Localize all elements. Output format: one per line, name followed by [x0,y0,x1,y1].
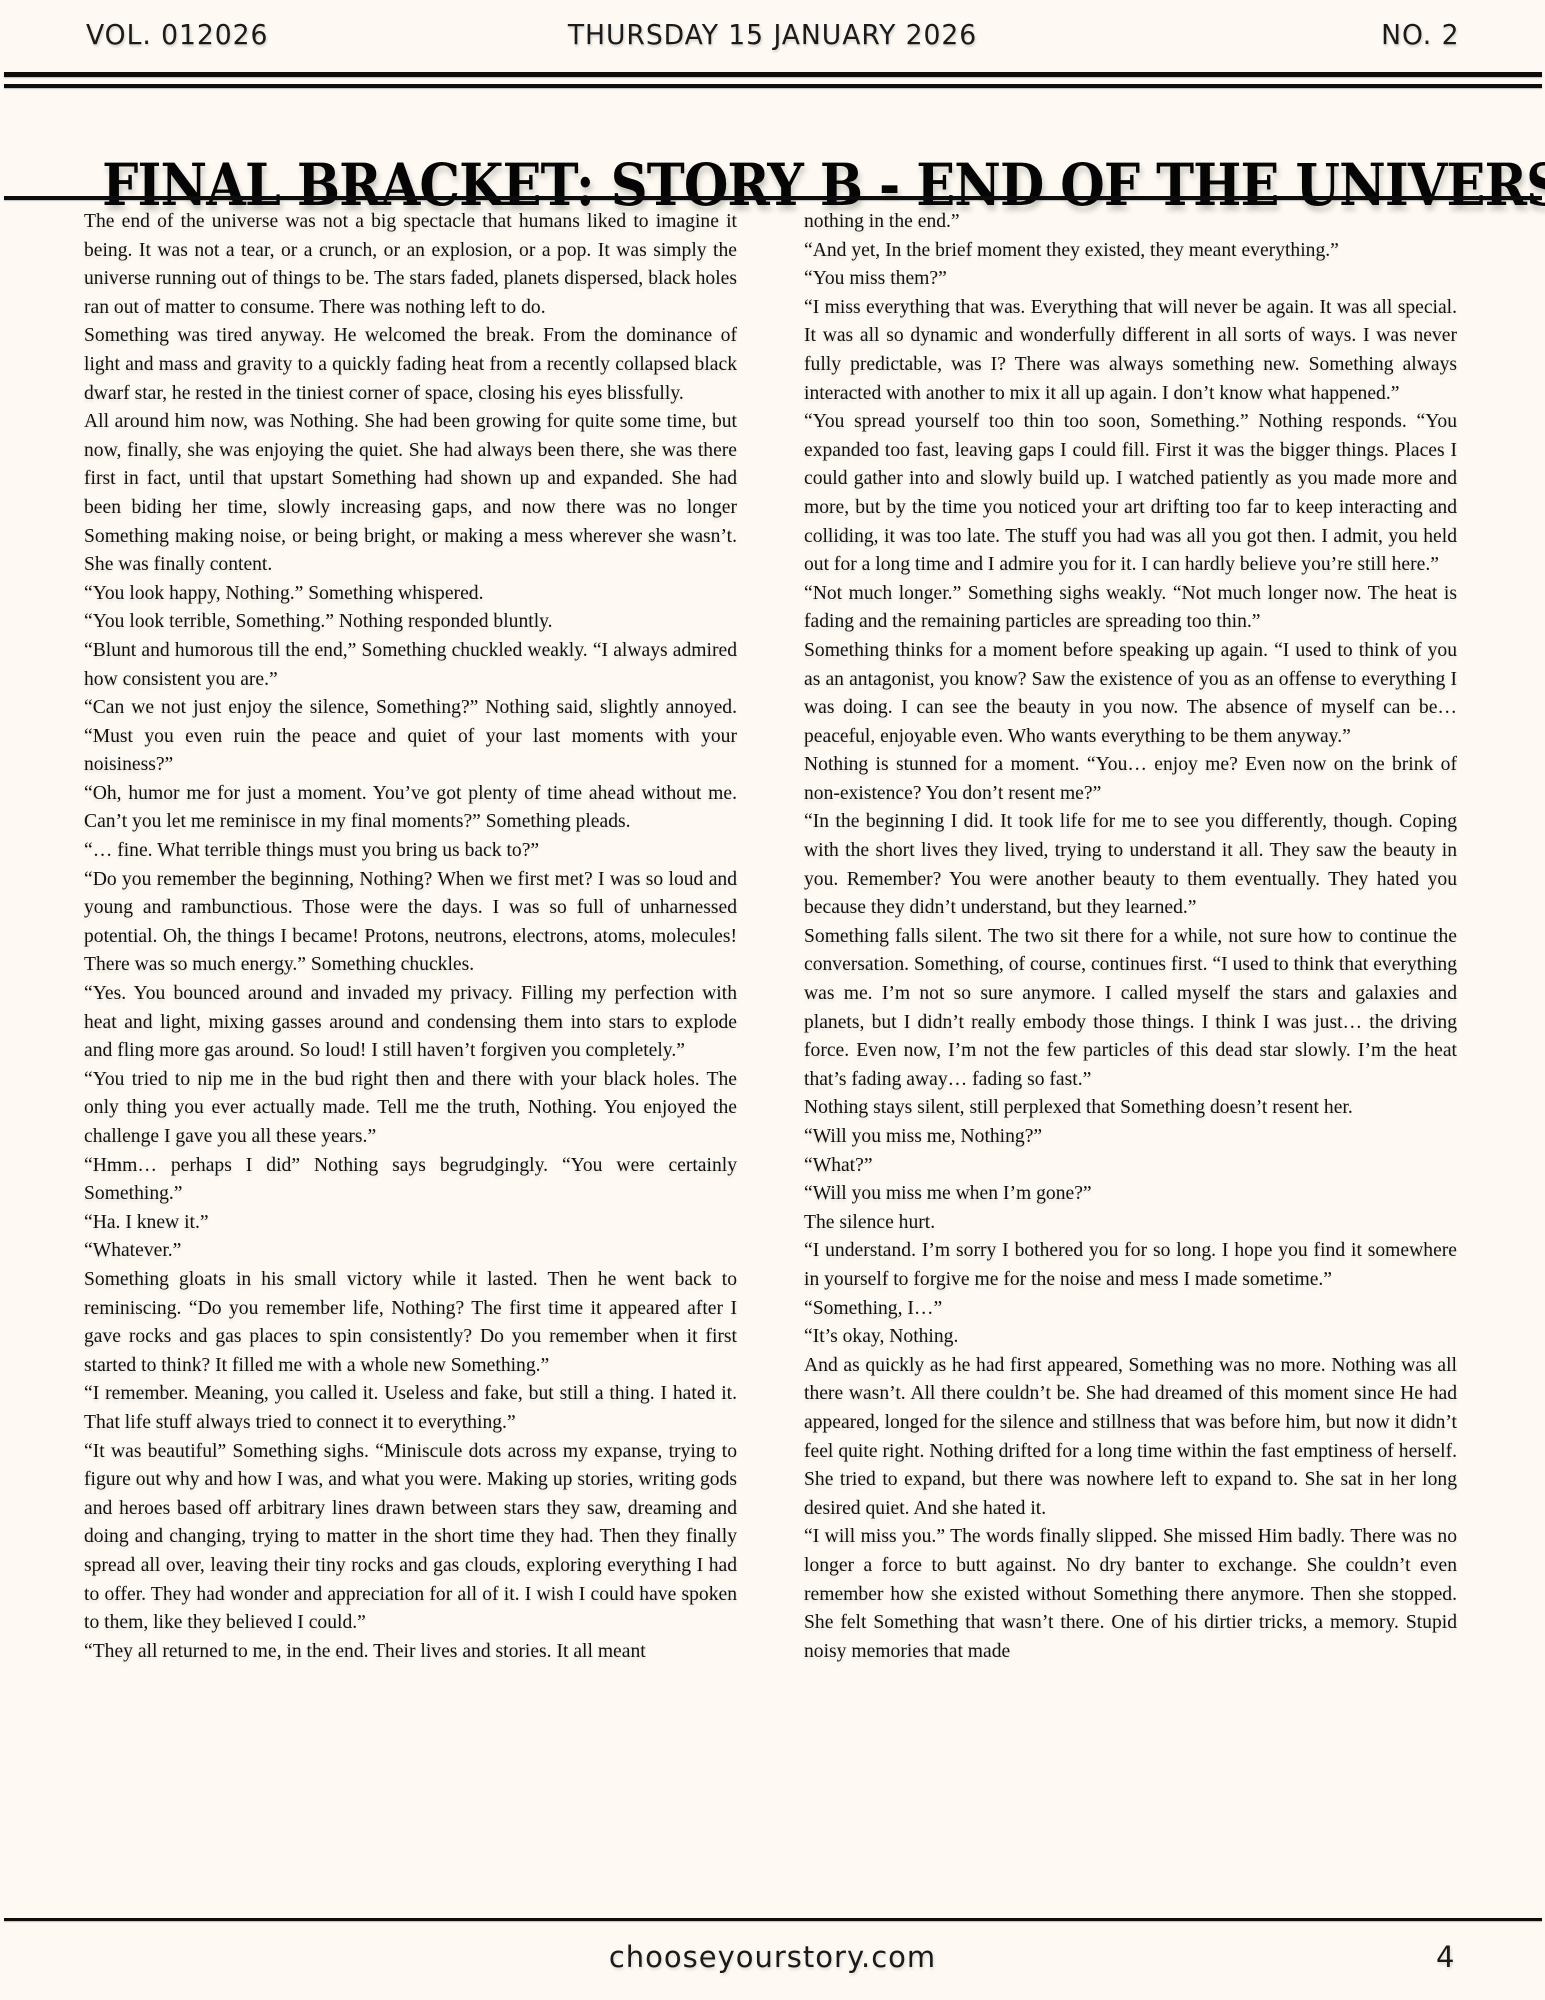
paragraph: “Ha. I knew it.” [84,1209,737,1238]
paragraph: “In the beginning I did. It took life fo… [804,808,1457,922]
paragraph: “Blunt and humorous till the end,” Somet… [84,637,737,694]
paragraph: nothing in the end.” [804,208,1457,237]
issue-date: THURSDAY 15 JANUARY 2026 [39,18,1507,51]
paragraph: “It’s okay, Nothing. [804,1323,1457,1352]
paragraph: And as quickly as he had first appeared,… [804,1352,1457,1524]
paragraph: The end of the universe was not a big sp… [84,208,737,322]
paragraph: “You look happy, Nothing.” Something whi… [84,580,737,609]
headline-rule [4,196,1542,200]
issue-number: NO. 2 [1381,18,1459,51]
masthead-rule-bottom [4,84,1542,88]
paragraph: “Whatever.” [84,1237,737,1266]
paragraph: “Yes. You bounced around and invaded my … [84,980,737,1066]
paragraph: Nothing is stunned for a moment. “You… e… [804,751,1457,808]
paragraph: “Oh, humor me for just a moment. You’ve … [84,780,737,837]
paragraph: “… fine. What terrible things must you b… [84,837,737,866]
paragraph: Nothing stays silent, still perplexed th… [804,1094,1457,1123]
paragraph: “Will you miss me, Nothing?” [804,1123,1457,1152]
article-column-right: nothing in the end.” “And yet, In the br… [804,208,1457,1666]
website-link[interactable]: chooseyourstory.com [0,1940,1545,1974]
paragraph: “You spread yourself too thin too soon, … [804,408,1457,580]
paragraph: Something gloats in his small victory wh… [84,1266,737,1380]
paragraph: Something was tired anyway. He welcomed … [84,322,737,408]
paragraph: Something thinks for a moment before spe… [804,637,1457,751]
paragraph: “Will you miss me when I’m gone?” [804,1180,1457,1209]
paragraph: “They all returned to me, in the end. Th… [84,1638,737,1667]
article-column-left: The end of the universe was not a big sp… [84,208,737,1666]
masthead-bar: VOL. 012026 THURSDAY 15 JANUARY 2026 NO.… [0,18,1545,62]
paragraph: “Can we not just enjoy the silence, Some… [84,694,737,780]
paragraph: “Do you remember the beginning, Nothing?… [84,866,737,980]
paragraph: “You tried to nip me in the bud right th… [84,1066,737,1152]
page-number: 4 [1436,1940,1454,1974]
paragraph: “I miss everything that was. Everything … [804,294,1457,408]
masthead-rule-top [4,72,1542,77]
paragraph: “Not much longer.” Something sighs weakl… [804,580,1457,637]
paragraph: “Hmm… perhaps I did” Nothing says begrud… [84,1152,737,1209]
paragraph: “You miss them?” [804,265,1457,294]
paragraph: All around him now, was Nothing. She had… [84,408,737,580]
paragraph: “I will miss you.” The words finally sli… [804,1523,1457,1666]
paragraph: “I remember. Meaning, you called it. Use… [84,1380,737,1437]
paragraph: “What?” [804,1152,1457,1181]
page-footer: chooseyourstory.com 4 [0,1940,1545,1980]
paragraph: “And yet, In the brief moment they exist… [804,237,1457,266]
paragraph: “Something, I…” [804,1295,1457,1324]
footer-rule [4,1918,1542,1921]
paragraph: “You look terrible, Something.” Nothing … [84,608,737,637]
paragraph: “I understand. I’m sorry I bothered you … [804,1237,1457,1294]
paragraph: “It was beautiful” Something sighs. “Min… [84,1438,737,1638]
paragraph: Something falls silent. The two sit ther… [804,923,1457,1095]
paragraph: The silence hurt. [804,1209,1457,1238]
